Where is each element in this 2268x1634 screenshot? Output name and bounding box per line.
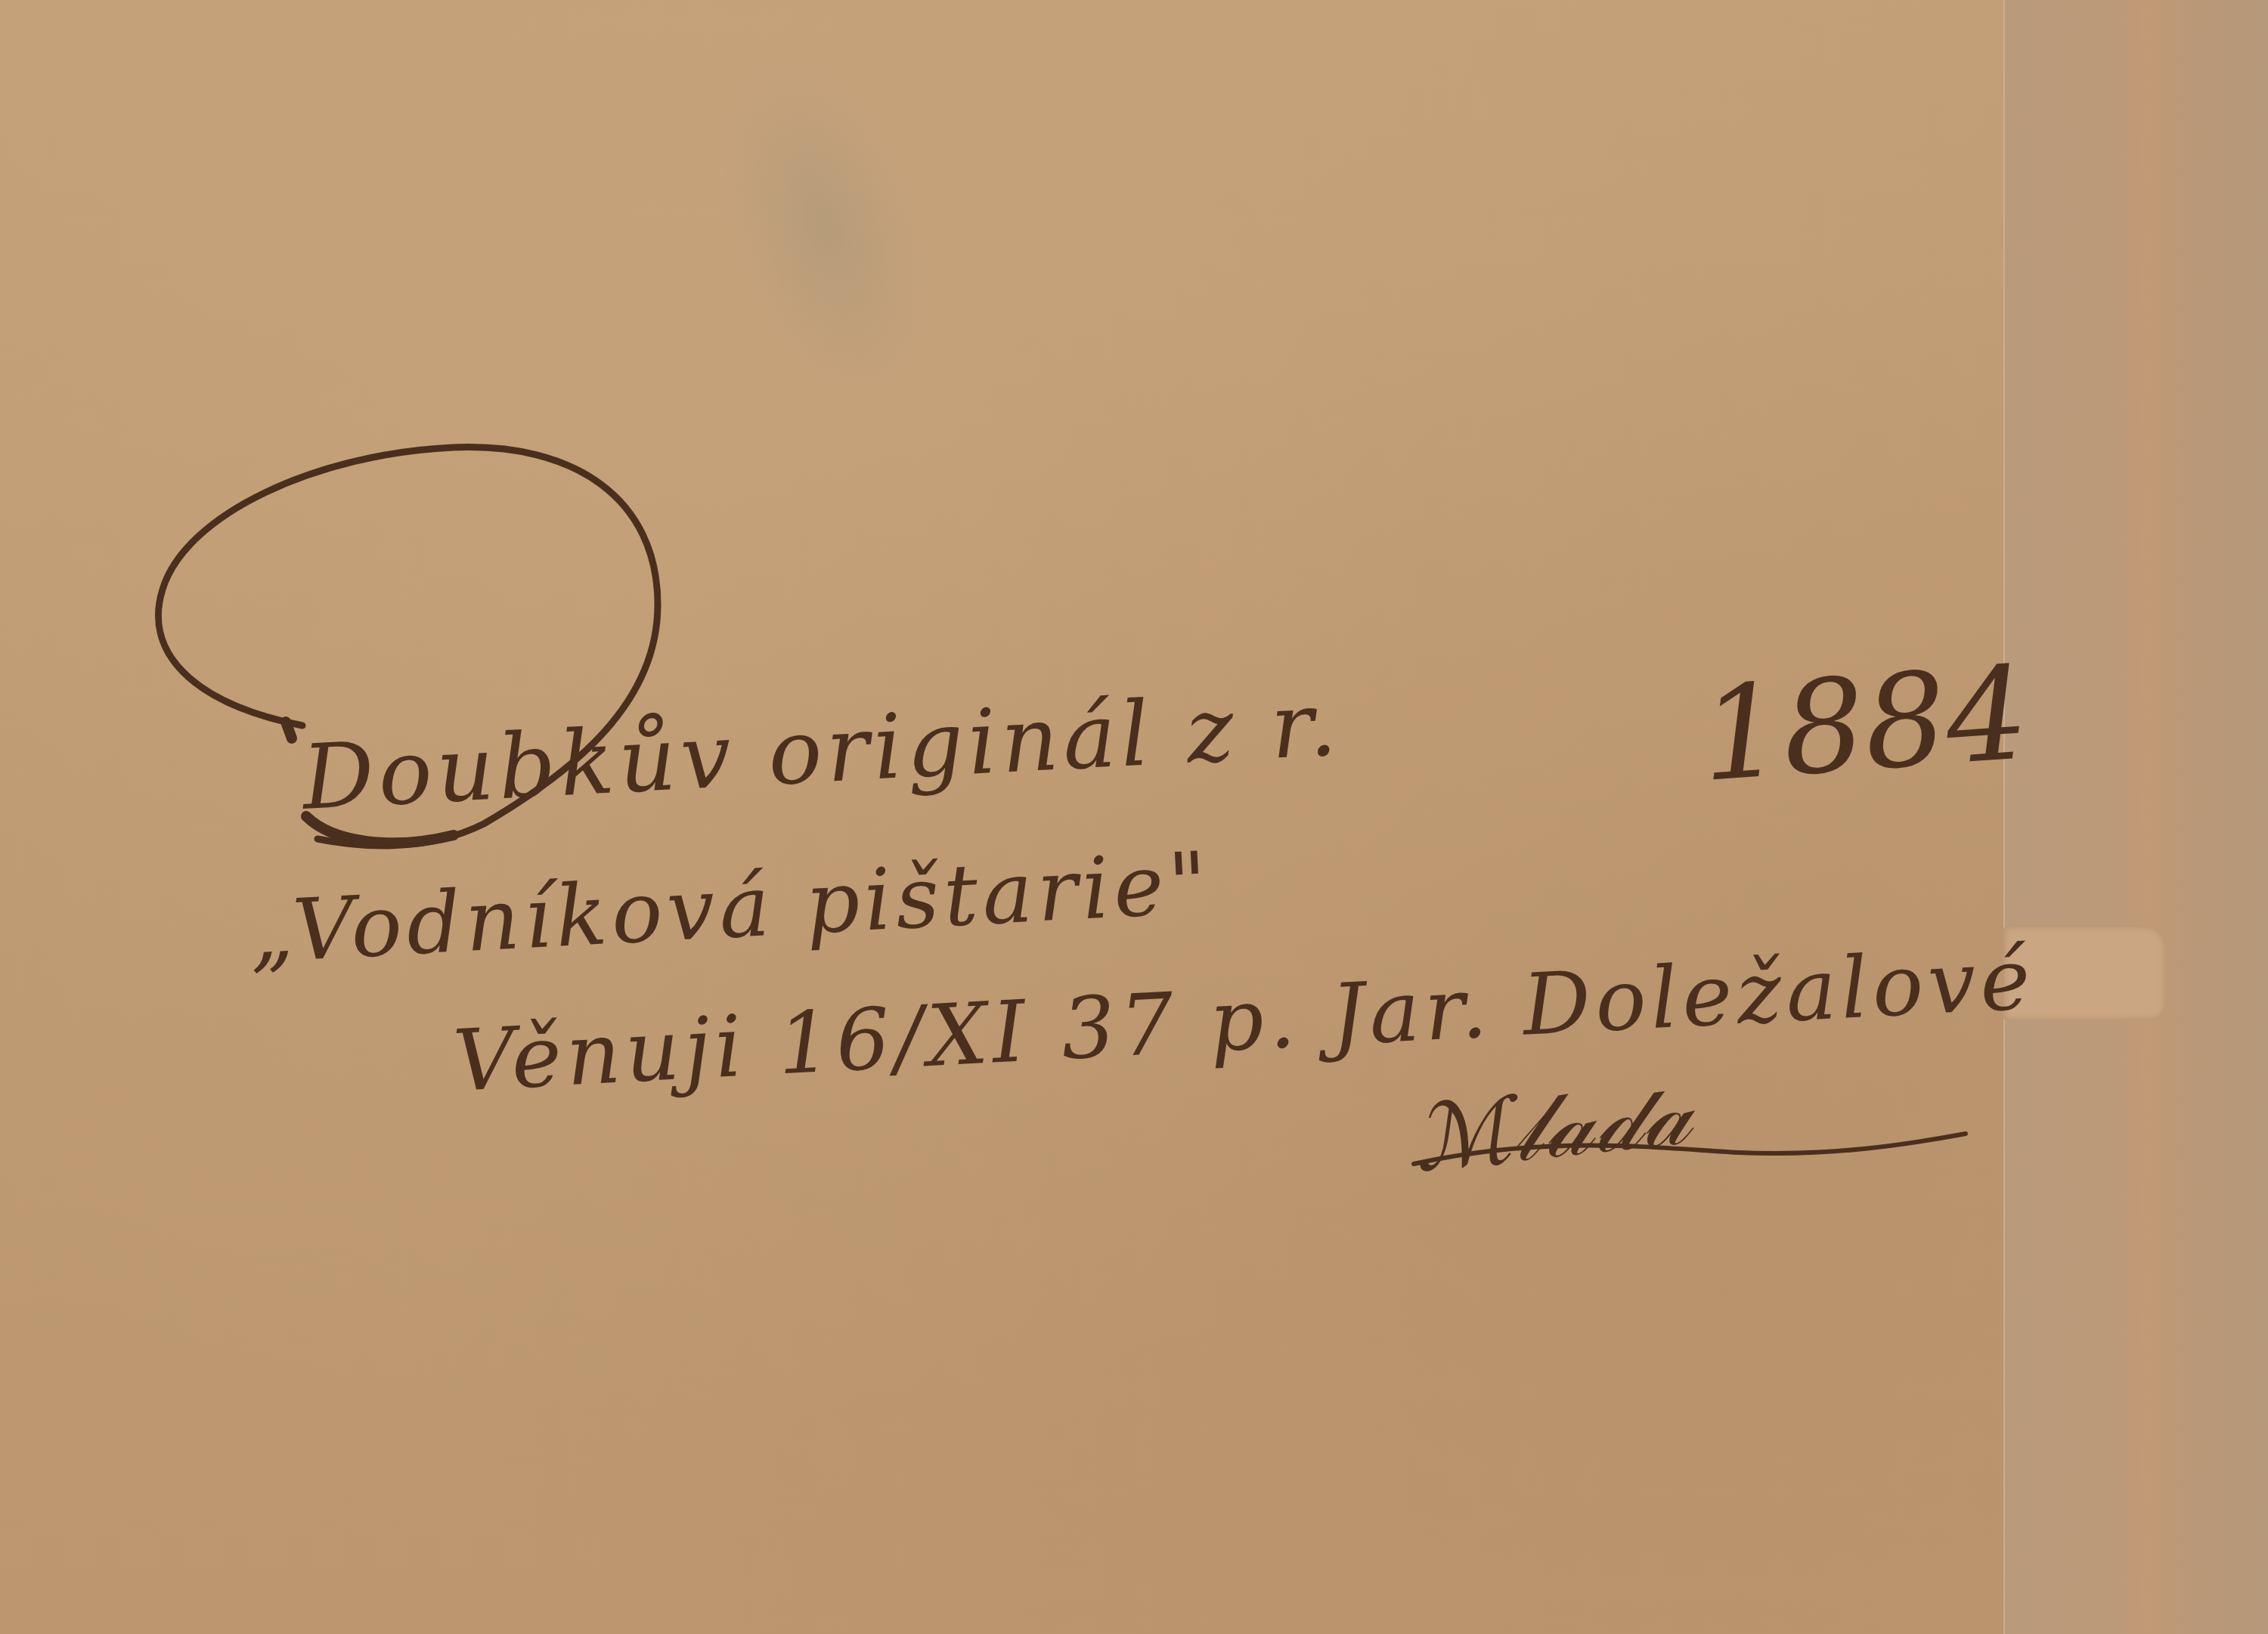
paper-sheet: Doubkův originál z r. 1884 „Vodníková pi… [0, 0, 2268, 1634]
inscription-year: 1884 [1696, 639, 2033, 811]
